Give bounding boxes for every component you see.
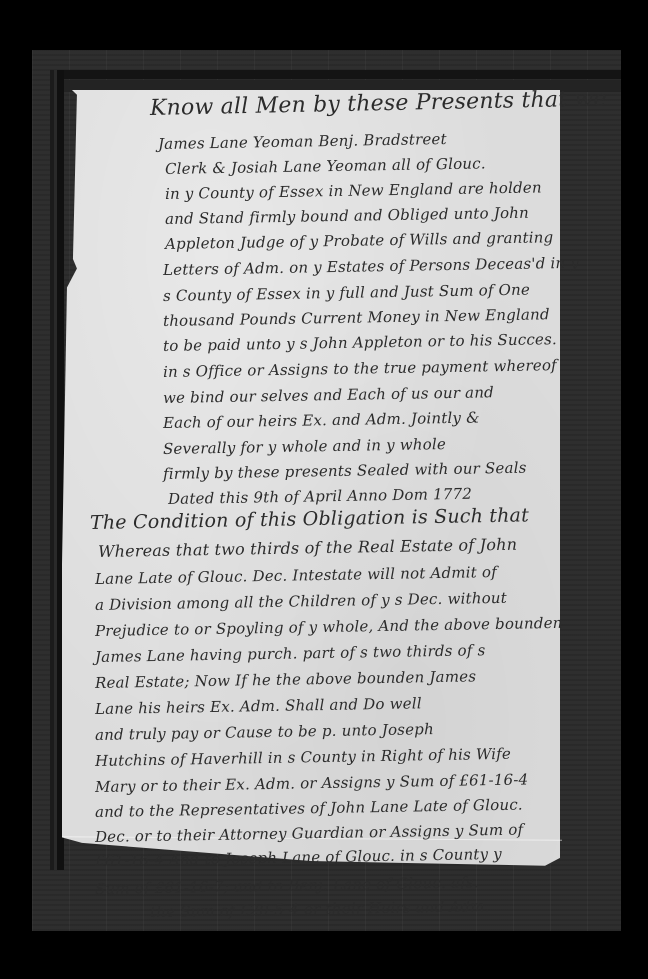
document-viewer: Know all Men by these Presents that we J… (0, 0, 648, 979)
mount-border-left (50, 70, 64, 870)
mount-border-top (50, 70, 621, 79)
